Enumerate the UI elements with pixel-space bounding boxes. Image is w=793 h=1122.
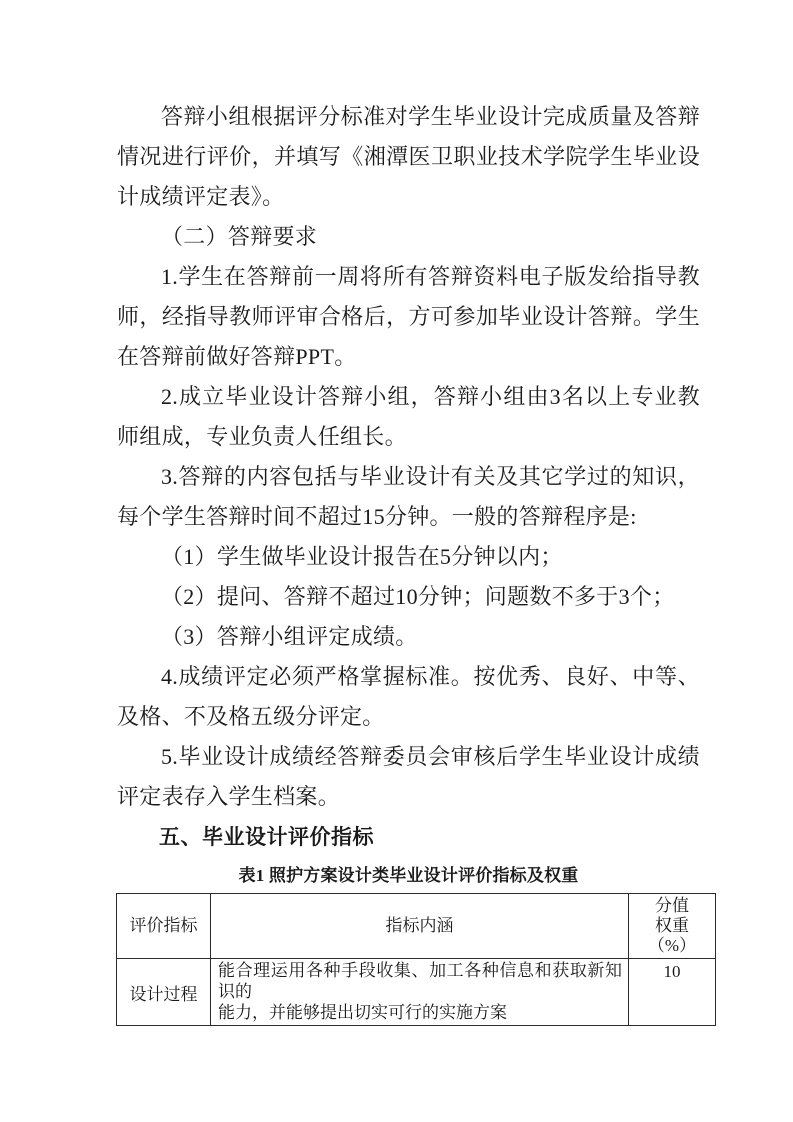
header-weight-line: 权重 — [629, 916, 715, 936]
table-header-row: 评价指标 指标内涵 分值 权重 （%） — [117, 894, 716, 959]
paragraph: （2）提问、答辩不超过10分钟；问题数不多于3个； — [117, 577, 700, 617]
paragraph: 答辩小组根据评分标准对学生毕业设计完成质量及答辩情况进行评价，并填写《湘潭医卫职… — [117, 97, 700, 217]
section-heading: 五、毕业设计评价指标 — [117, 817, 700, 857]
paragraph: （1）学生做毕业设计报告在5分钟以内； — [117, 537, 700, 577]
document-page: 答辩小组根据评分标准对学生毕业设计完成质量及答辩情况进行评价，并填写《湘潭医卫职… — [0, 0, 793, 1122]
paragraph: （二）答辩要求 — [117, 217, 700, 257]
evaluation-table: 评价指标 指标内涵 分值 权重 （%） 设计过程 能合理运用各种手段收集、加工各… — [116, 893, 716, 1026]
cell-description: 能合理运用各种手段收集、加工各种信息和获取新知识的 能力，并能够提出切实可行的实… — [211, 959, 629, 1026]
paragraph: （3）答辩小组评定成绩。 — [117, 617, 700, 657]
paragraph: 1.学生在答辩前一周将所有答辩资料电子版发给指导教师，经指导教师评审合格后，方可… — [117, 257, 700, 377]
document-body: 答辩小组根据评分标准对学生毕业设计完成质量及答辩情况进行评价，并填写《湘潭医卫职… — [117, 97, 700, 1026]
paragraph: 2.成立毕业设计答辩小组，答辩小组由3名以上专业教师组成，专业负责人任组长。 — [117, 377, 700, 457]
description-line: 能合理运用各种手段收集、加工各种信息和获取新知识的 — [218, 960, 622, 1002]
header-cell-description: 指标内涵 — [211, 894, 629, 959]
description-line: 能力，并能够提出切实可行的实施方案 — [218, 1002, 622, 1023]
header-cell-weight: 分值 权重 （%） — [629, 894, 716, 959]
header-weight-line: 分值 — [629, 896, 715, 916]
paragraph: 5.毕业设计成绩经答辩委员会审核后学生毕业设计成绩评定表存入学生档案。 — [117, 737, 700, 817]
header-cell-indicator: 评价指标 — [117, 894, 211, 959]
cell-weight: 10 — [629, 959, 716, 1026]
header-weight-line: （%） — [629, 936, 715, 956]
cell-indicator: 设计过程 — [117, 959, 211, 1026]
paragraph: 3.答辩的内容包括与毕业设计有关及其它学过的知识，每个学生答辩时间不超过15分钟… — [117, 457, 700, 537]
paragraph: 4.成绩评定必须严格掌握标准。按优秀、良好、中等、及格、不及格五级分评定。 — [117, 657, 700, 737]
table-caption: 表1 照护方案设计类毕业设计评价指标及权重 — [117, 864, 700, 887]
table-row: 设计过程 能合理运用各种手段收集、加工各种信息和获取新知识的 能力，并能够提出切… — [117, 959, 716, 1026]
